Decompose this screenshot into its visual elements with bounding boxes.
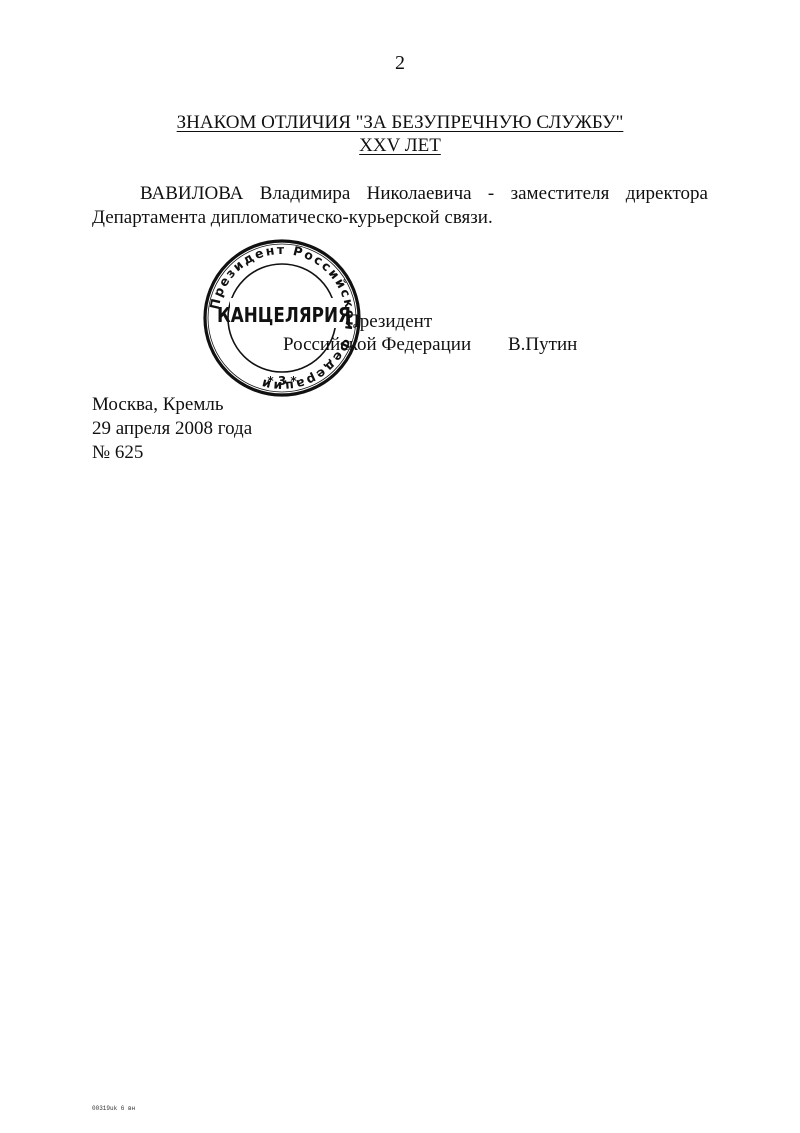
- heading-award-name: ЗНАКОМ ОТЛИЧИЯ "ЗА БЕЗУПРЕЧНУЮ СЛУЖБУ": [177, 112, 624, 133]
- award-entry-line-1: ВАВИЛОВА Владимира Николаевича - замести…: [140, 183, 708, 205]
- office-stamp-seal: Президент Российской Федерации КАНЦЕЛЯРИ…: [200, 238, 364, 398]
- page-number: 2: [0, 52, 800, 75]
- signing-place: Москва, Кремль: [92, 394, 224, 416]
- stamp-bottom-text: * 3 *: [267, 374, 297, 388]
- entry-word: Николаевича: [367, 183, 472, 205]
- stamp-seal-icon: Президент Российской Федерации КАНЦЕЛЯРИ…: [200, 238, 364, 398]
- entry-word: заместителя: [511, 183, 610, 205]
- signatory-name: В.Путин: [508, 334, 577, 356]
- heading-years: XXV ЛЕТ: [359, 135, 441, 156]
- entry-word: директора: [626, 183, 708, 205]
- entry-word: -: [488, 183, 494, 205]
- recipient-surname: ВАВИЛОВА: [140, 183, 243, 205]
- stamp-center-text: КАНЦЕЛЯРИЯ: [217, 305, 351, 328]
- heading-line-1: ЗНАКОМ ОТЛИЧИЯ "ЗА БЕЗУПРЕЧНУЮ СЛУЖБУ": [0, 112, 800, 134]
- decree-number: № 625: [92, 442, 143, 464]
- heading-line-2: XXV ЛЕТ: [0, 135, 800, 157]
- award-entry-line-2: Департамента дипломатическо-курьерской с…: [92, 207, 493, 229]
- signing-date: 29 апреля 2008 года: [92, 418, 252, 440]
- footer-code: 00319uk 6 вн: [92, 1105, 135, 1112]
- entry-word: Владимира: [260, 183, 351, 205]
